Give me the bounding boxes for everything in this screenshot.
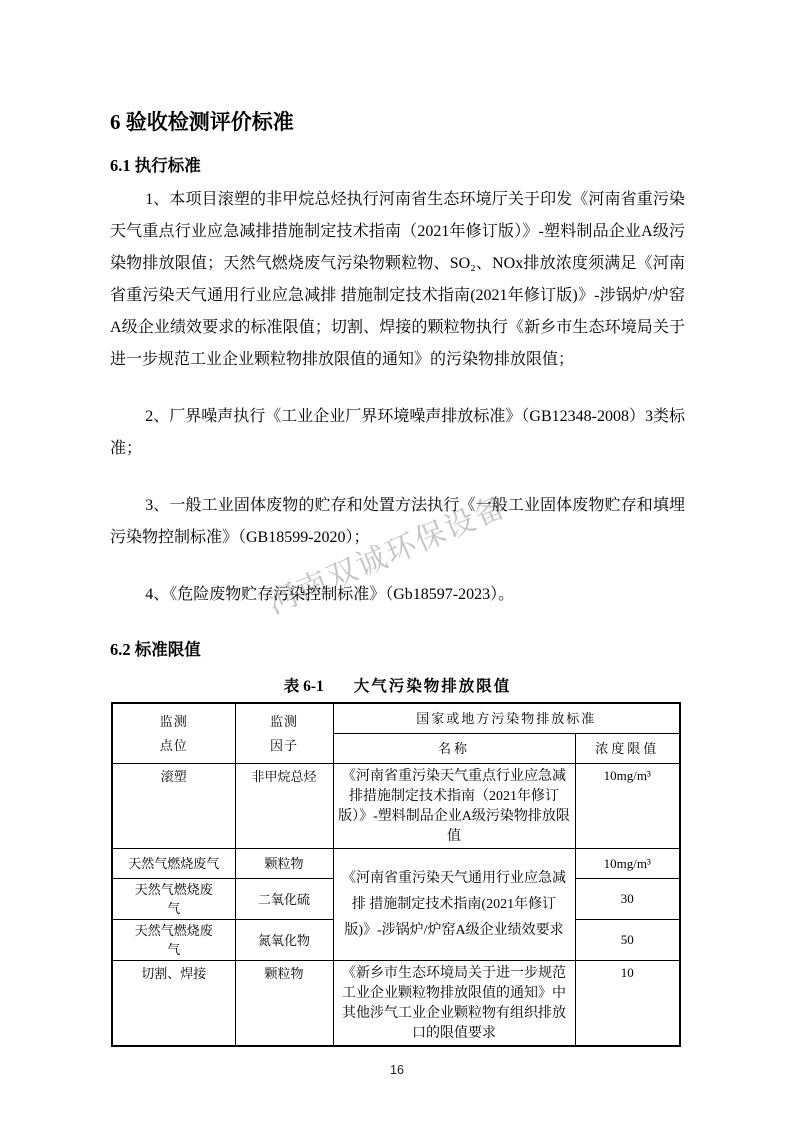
point-cell: 滚塑 [112,764,235,849]
limit-cell: 10 [575,961,680,1047]
table-caption: 表 6-1 大气污染物排放限值 [110,674,685,696]
table-caption-label: 表 6-1 [284,674,324,696]
paragraph-standard-1: 1、本项目滚塑的非甲烷总烃执行河南省生态环境厅关于印发《河南省重污染天气重点行业… [110,184,685,376]
header-row-1: 监测 点位 监测 因子 国家或地方污染物排放标准 [112,703,680,734]
paragraph-standard-3: 3、一般工业固体废物的贮存和处置方法执行《一般工业固体废物贮存和填埋污染物控制标… [110,490,685,554]
factor-cell: 二氧化硫 [235,879,333,920]
emission-limits-table: 监测 点位 监测 因子 国家或地方污染物排放标准 名称 浓度限值 滚塑非甲烷总烃… [111,702,681,1047]
section-heading-6-2: 6.2 标准限值 [110,636,685,660]
document-page: 河南双诚环保设备 6 验收检测评价标准 6.1 执行标准 1、本项目滚塑的非甲烷… [0,0,794,1123]
factor-cell: 非甲烷总烃 [235,764,333,849]
point-cell: 天然气燃烧废 气 [112,879,235,920]
table-row: 滚塑非甲烷总烃《河南省重污染天气重点行业应急减排措施制定技术指南（2021年修订… [112,764,680,849]
paragraph-standard-4: 4、《危险废物贮存污染控制标准》（Gb18597-2023）。 [110,579,685,611]
table-row: 切割、焊接颗粒物《新乡市生态环境局关于进一步规范工业企业颗粒物排放限值的通知》中… [112,961,680,1047]
standard-cell: 《河南省重污染天气重点行业应急减排措施制定技术指南（2021年修订版）》-塑料制… [333,764,575,849]
limit-cell: 30 [575,879,680,920]
chapter-heading: 6 验收检测评价标准 [110,106,685,136]
paragraph-standard-2: 2、厂界噪声执行《工业企业厂界环境噪声排放标准》（GB12348-2008）3类… [110,401,685,465]
section-heading-6-1: 6.1 执行标准 [110,152,685,176]
header-monitor-factor: 监测 因子 [235,703,333,764]
factor-cell: 颗粒物 [235,961,333,1047]
factor-cell: 氮氧化物 [235,920,333,961]
header-monitor-point: 监测 点位 [112,703,235,764]
limit-cell: 50 [575,920,680,961]
factor-cell: 颗粒物 [235,849,333,879]
standard-cell: 《新乡市生态环境局关于进一步规范工业企业颗粒物排放限值的通知》中其他涉气工业企业… [333,961,575,1047]
standards-table-body: 滚塑非甲烷总烃《河南省重污染天气重点行业应急减排措施制定技术指南（2021年修订… [112,764,680,1047]
limit-cell: 10mg/m³ [575,764,680,849]
standard-cell: 《河南省重污染天气通用行业应急减排 措施制定技术指南(2021年修订版)》-涉锅… [333,849,575,961]
table-caption-title: 大气污染物排放限值 [354,674,512,696]
page-content: 6 验收检测评价标准 6.1 执行标准 1、本项目滚塑的非甲烷总烃执行河南省生态… [0,0,794,1047]
point-cell: 天然气燃烧废气 [112,849,235,879]
header-concentration-limit: 浓度限值 [575,734,680,764]
page-number: 16 [0,1063,794,1077]
table-row: 天然气燃烧废气颗粒物《河南省重污染天气通用行业应急减排 措施制定技术指南(202… [112,849,680,879]
point-cell: 切割、焊接 [112,961,235,1047]
limit-cell: 10mg/m³ [575,849,680,879]
header-standard-group: 国家或地方污染物排放标准 [333,703,680,734]
point-cell: 天然气燃烧废 气 [112,920,235,961]
header-standard-name: 名称 [333,734,575,764]
